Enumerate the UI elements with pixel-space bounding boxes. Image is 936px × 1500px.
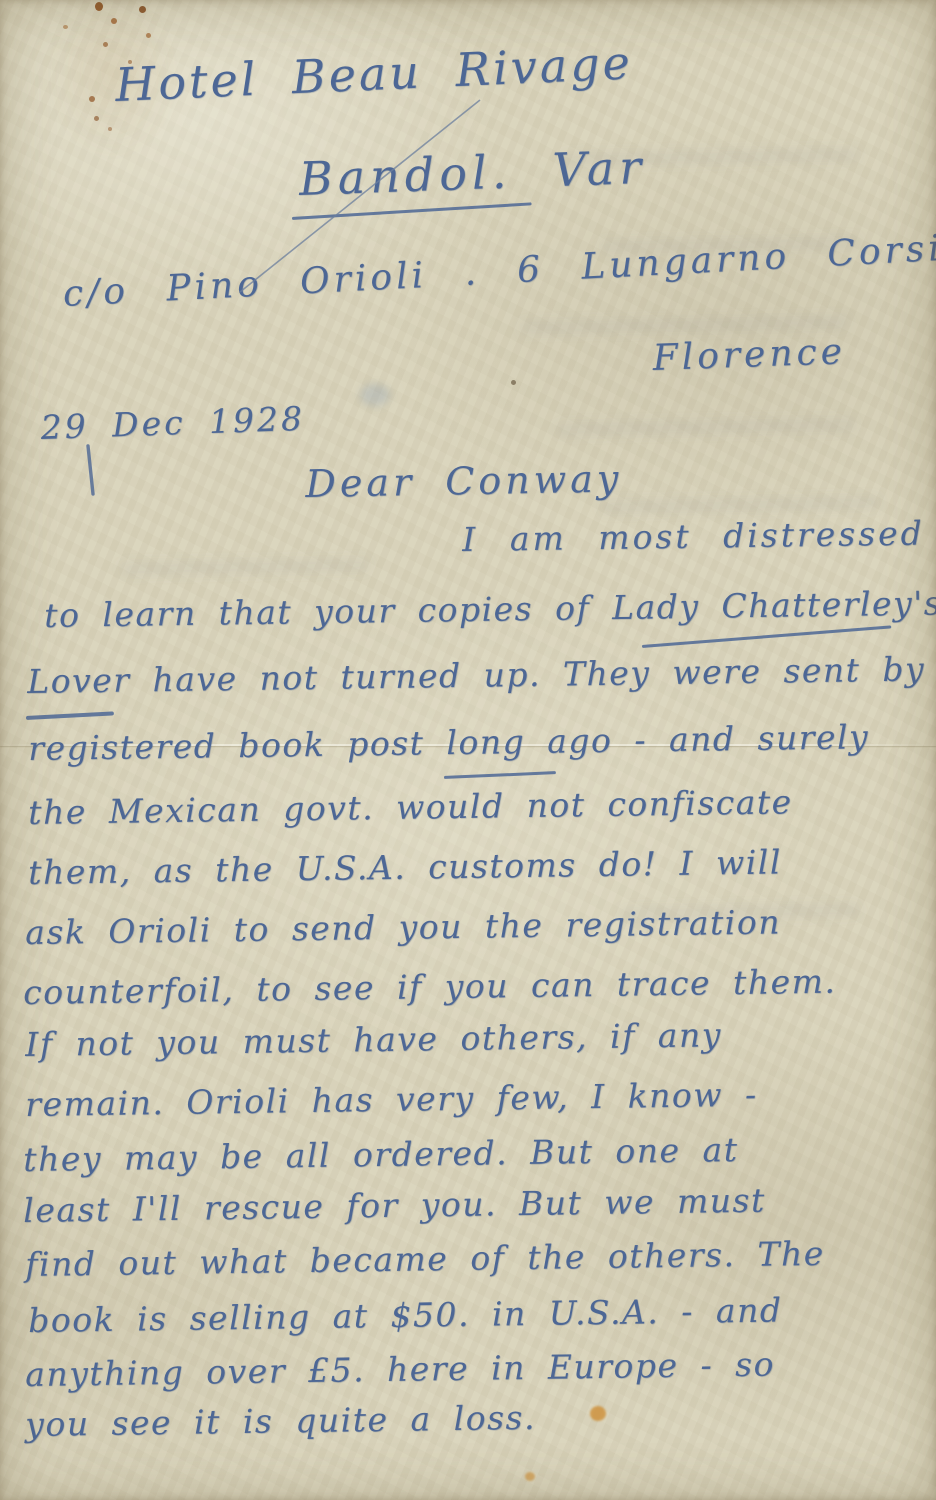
bleed-through-smudge — [600, 496, 880, 515]
date-line: 29 Dec 1928 — [40, 399, 306, 447]
body-line: to learn that your copies of Lady Chatte… — [44, 583, 936, 635]
ink-speck — [511, 380, 516, 385]
body-line: anything over £5. here in Europe - so — [25, 1345, 775, 1394]
address-city-line: Florence — [652, 331, 847, 379]
body-line: least I'll rescue for you. But we must — [23, 1181, 766, 1230]
body-line: I am most distressed — [462, 514, 925, 559]
rust-spot — [89, 96, 95, 102]
rust-spot — [108, 127, 112, 131]
address-line: c/o Pino Orioli . 6 Lungarno Corsini — [62, 226, 936, 315]
body-line: book is selling at $50. in U.S.A. - and — [28, 1290, 783, 1340]
orange-stain — [525, 1472, 535, 1481]
hotel-name-line: Hotel Beau Rivage — [114, 35, 634, 112]
rust-spot — [146, 33, 151, 38]
letter-page: Hotel Beau Rivage Bandol. Var c/o Pino O… — [0, 0, 936, 1500]
rust-spot — [95, 2, 103, 11]
bleed-through-smudge — [556, 417, 856, 436]
body-line: the Mexican govt. would not confiscate — [28, 782, 793, 832]
body-line: If not you must have others, if any — [25, 1015, 722, 1064]
ink-smudge — [360, 384, 390, 406]
salutation-line: Dear Conway — [305, 456, 623, 506]
body-line: them, as the U.S.A. customs do! I will — [28, 842, 782, 892]
underline-stroke-lady-chatterleys — [642, 625, 891, 648]
rust-spot — [139, 6, 146, 13]
rust-spot — [63, 25, 68, 29]
underline-stroke-long — [444, 771, 556, 779]
body-line: you see it is quite a loss. — [25, 1398, 536, 1444]
location-line: Bandol. Var — [298, 140, 647, 206]
underline-stroke-lover — [26, 711, 114, 720]
body-line: they may be all ordered. But one at — [23, 1130, 739, 1179]
body-line: Lover have not turned up. They were sent… — [27, 649, 925, 701]
stray-pen-mark — [88, 446, 93, 494]
rust-spot — [103, 42, 108, 47]
body-line: counterfoil, to see if you can trace the… — [23, 962, 837, 1012]
bleed-through-smudge — [120, 558, 370, 576]
rust-spot — [111, 18, 117, 24]
body-line: ask Orioli to send you the registration — [25, 902, 781, 952]
body-line: find out what became of the others. The — [25, 1234, 825, 1284]
body-line: registered book post long ago - and sure… — [28, 717, 869, 768]
rust-spot — [94, 116, 99, 121]
body-line: remain. Orioli has very few, I know - — [25, 1075, 758, 1124]
orange-stain — [590, 1406, 606, 1421]
